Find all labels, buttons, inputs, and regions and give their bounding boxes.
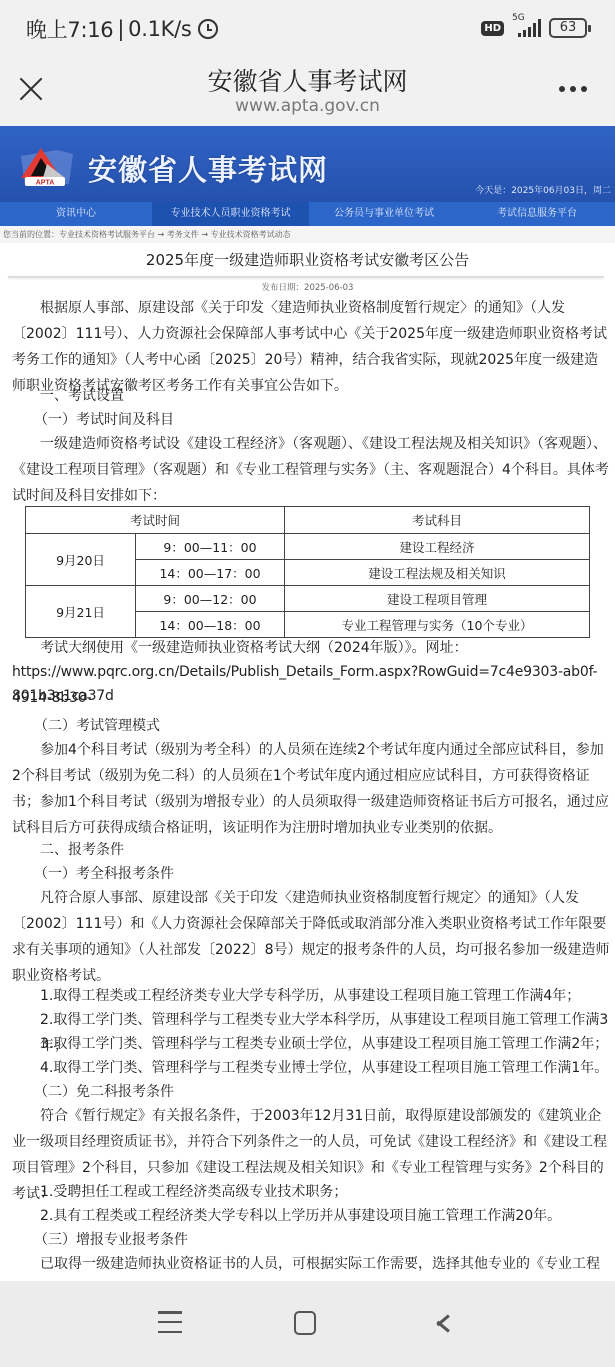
alarm-clock-icon <box>198 19 218 39</box>
exam-time: 14：00—18：00 <box>136 612 285 638</box>
list-item: 2.具有工程类或工程经济类大学专科以上学历并从事建设项目施工管理工作满20年。 <box>12 1203 610 1229</box>
status-bar: 晚上7:16 | 0.1K/s HD 5G 63 <box>0 0 615 58</box>
section-heading: 二、报考条件 <box>12 837 610 863</box>
home-icon[interactable] <box>294 1311 316 1335</box>
exam-date: 9月20日 <box>26 534 136 586</box>
system-nav-bar <box>0 1281 615 1367</box>
paragraph: 参加4个科目考试（级别为考全科）的人员须在连续2个考试年度内通过全部应试科目，参… <box>12 737 610 841</box>
status-left: 晚上7:16 | 0.1K/s <box>26 14 218 44</box>
table-row: 9月20日 9：00—11：00 建设工程经济 <box>26 534 590 560</box>
exam-subject: 建设工程经济 <box>285 534 590 560</box>
table-header-row: 考试时间 考试科目 <box>26 507 590 534</box>
subsection-heading: （二）考试管理模式 <box>12 713 610 739</box>
table-row: 9月21日 9：00—12：00 建设工程项目管理 <box>26 586 590 612</box>
exam-schedule-table: 考试时间 考试科目 9月20日 9：00—11：00 建设工程经济 14：00—… <box>25 506 590 638</box>
nav-item-professional-exam[interactable]: 专业技术人员职业资格考试 <box>152 202 309 226</box>
nav-item-news[interactable]: 资讯中心 <box>0 202 152 226</box>
network-speed: 0.1K/s <box>128 17 191 41</box>
hd-badge: HD <box>481 21 504 36</box>
signal-icon: 5G <box>512 19 541 37</box>
browser-title-bar: 安徽省人事考试网 www.apta.gov.cn <box>0 58 615 126</box>
breadcrumb: 您当前的位置：专业技术资格考试服务平台 → 考务文件 → 专业技术资格考试动态 <box>0 226 615 243</box>
site-name: 安徽省人事考试网 <box>88 148 328 189</box>
back-icon[interactable] <box>430 1311 446 1335</box>
list-item: 1.受聘担任工程或工程经济类高级专业技术职务； <box>12 1179 610 1205</box>
more-icon[interactable] <box>559 86 587 92</box>
exam-time: 14：00—17：00 <box>136 560 285 586</box>
subsection-heading: （一）考试时间及科目 <box>12 407 610 433</box>
site-header: APTA 安徽省人事考试网 今天是：2025年06月03日，周二 <box>0 126 615 202</box>
exam-subject: 建设工程项目管理 <box>285 586 590 612</box>
subsection-heading: （二）免二科报考条件 <box>12 1079 610 1105</box>
svg-text:APTA: APTA <box>36 180 55 187</box>
battery-icon: 63 <box>549 18 587 38</box>
table-header-time: 考试时间 <box>26 507 285 534</box>
exam-subject: 专业工程管理与实务（10个专业） <box>285 612 590 638</box>
apta-logo-icon: APTA <box>17 146 77 188</box>
section-heading: 一、考试设置 <box>12 383 610 409</box>
subsection-heading: （三）增报专业报考条件 <box>12 1227 610 1253</box>
article: 2025年度一级建造师职业资格考试安徽考区公告 发布日期：2025-06-03 … <box>0 243 615 1281</box>
publish-date: 发布日期：2025-06-03 <box>0 281 615 293</box>
today-date: 今天是：2025年06月03日，周二 <box>475 183 611 196</box>
paragraph: 一级建造师资格考试设《建设工程经济》（客观题）、《建设工程法规及相关知识》（客观… <box>12 431 610 509</box>
exam-time: 9：00—11：00 <box>136 534 285 560</box>
clock: 晚上7:16 <box>26 14 113 44</box>
syllabus-link-cont[interactable]: 801b3c1ca37d <box>12 683 610 709</box>
network-type: 5G <box>512 13 525 23</box>
nav-item-civil-service[interactable]: 公务员与事业单位考试 <box>309 202 459 226</box>
status-separator: | <box>117 17 124 41</box>
list-item: 1.取得工程类或工程经济类专业大学专科学历，从事建设工程项目施工管理工作满4年； <box>12 983 610 1009</box>
browser-page-title: 安徽省人事考试网 <box>0 62 615 98</box>
table-header-subject: 考试科目 <box>285 507 590 534</box>
exam-date: 9月21日 <box>26 586 136 638</box>
nav-item-info-platform[interactable]: 考试信息服务平台 <box>459 202 615 226</box>
exam-subject: 建设工程法规及相关知识 <box>285 560 590 586</box>
list-item: 3.取得工学门类、管理科学与工程类专业硕士学位，从事建设工程项目施工管理工作满2… <box>12 1031 610 1057</box>
subsection-heading: （一）考全科报考条件 <box>12 861 610 887</box>
list-item: 4.取得工学门类、管理科学与工程类专业博士学位，从事建设工程项目施工管理工作满1… <box>12 1055 610 1081</box>
syllabus-paragraph: 考试大纲使用《一级建造师执业资格考试大纲（2024年版）》。网址： <box>12 635 610 661</box>
exam-time: 9：00—12：00 <box>136 586 285 612</box>
article-title: 2025年度一级建造师职业资格考试安徽考区公告 <box>0 249 615 270</box>
title-divider <box>8 276 604 278</box>
paragraph: 凡符合原人事部、原建设部《关于印发〈建造师执业资格制度暂行规定〉的通知》（人发〔… <box>12 885 610 989</box>
status-right: HD 5G 63 <box>481 18 587 38</box>
browser-url[interactable]: www.apta.gov.cn <box>0 96 615 116</box>
menu-icon[interactable] <box>158 1311 182 1333</box>
main-nav: 资讯中心 专业技术人员职业资格考试 公务员与事业单位考试 考试信息服务平台 <box>0 202 615 226</box>
